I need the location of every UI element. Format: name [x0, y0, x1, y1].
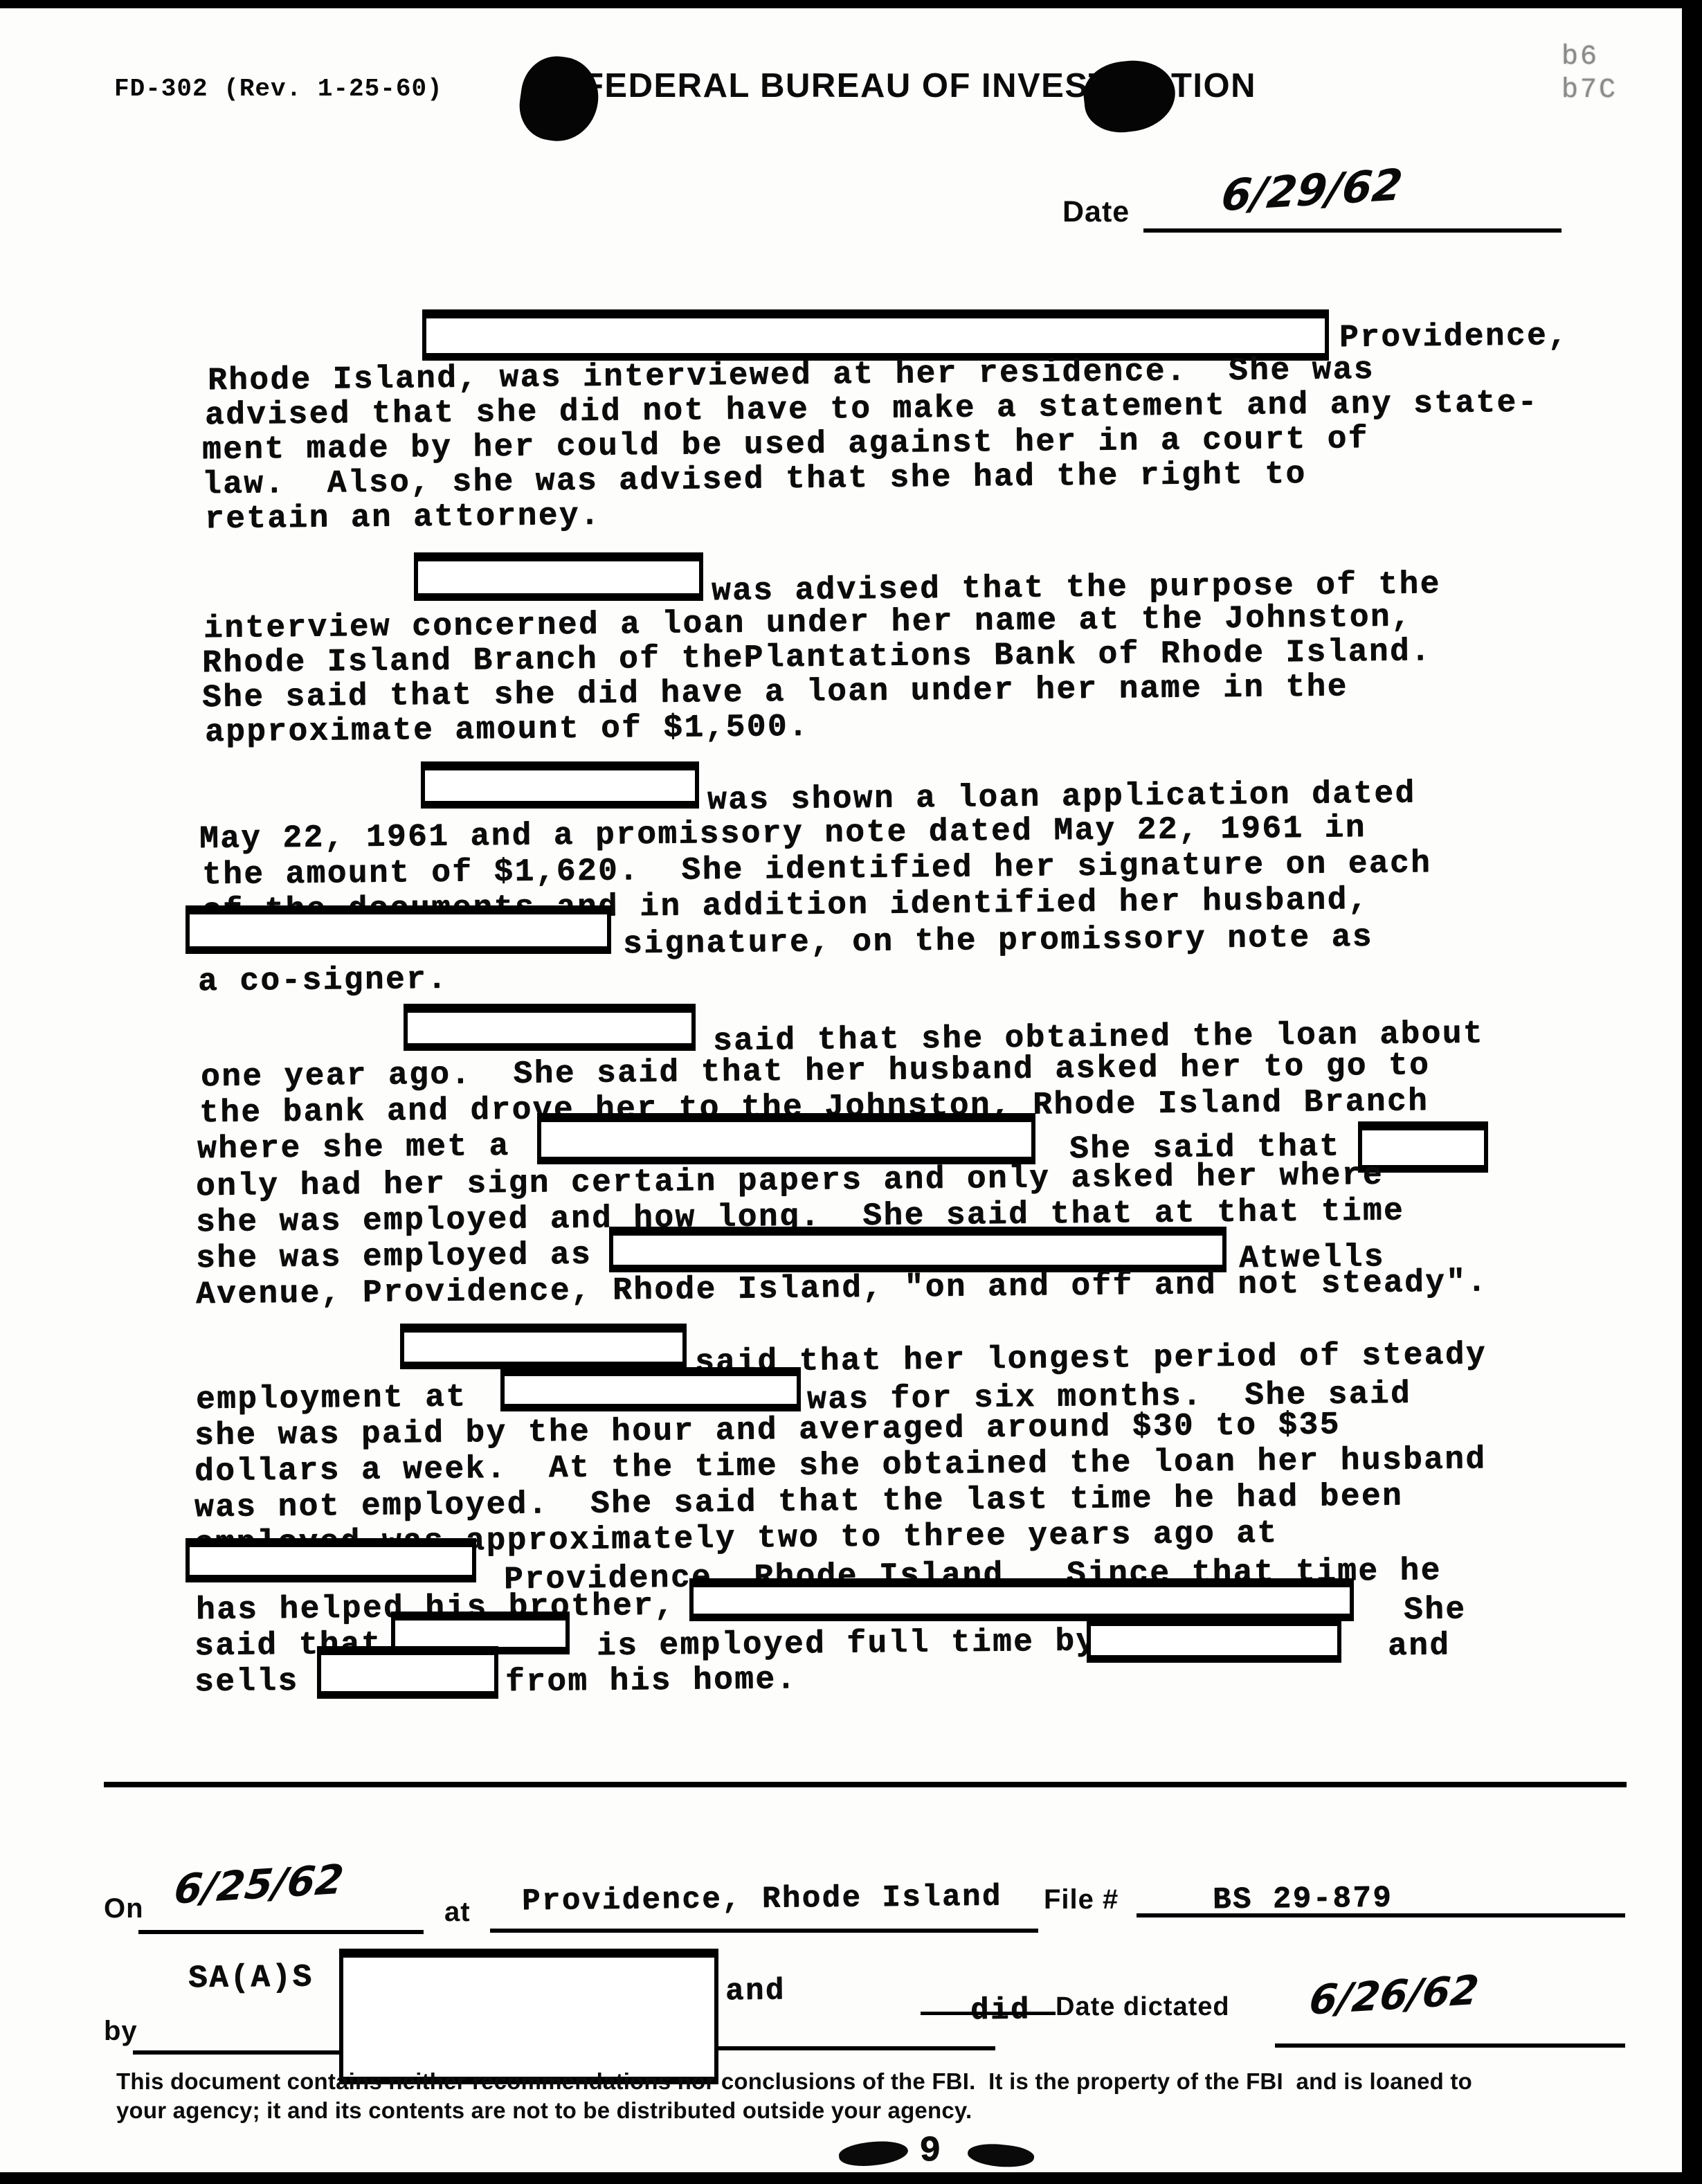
- body-text: where she met a: [197, 1128, 510, 1167]
- at-underline: [490, 1929, 1038, 1933]
- redaction-box: [404, 1004, 696, 1051]
- by-underline-left: [133, 2050, 339, 2055]
- redaction-box: [414, 552, 703, 601]
- redaction-box: [609, 1227, 1226, 1272]
- date-dictated-label: Date dictated: [1056, 1992, 1230, 2022]
- footer-separator: [104, 1782, 1627, 1787]
- and-typed: and: [725, 1974, 786, 2009]
- body-text: said that her longest period of steady: [695, 1337, 1487, 1380]
- body-text: is employed full time by: [597, 1623, 1097, 1664]
- body-text: approximate amount of $1,500.: [205, 709, 809, 750]
- scan-edge-top: [0, 0, 1702, 8]
- body-text: employment at: [196, 1379, 467, 1418]
- redaction-box: [500, 1367, 801, 1411]
- redaction-box: [537, 1113, 1035, 1164]
- at-label: at: [444, 1897, 471, 1928]
- body-text: retain an attorney.: [205, 498, 601, 537]
- form-number: FD-302 (Rev. 1-25-60): [114, 75, 443, 103]
- by-underline-right: [718, 2046, 995, 2050]
- date-dictated-underline: [1275, 2043, 1625, 2048]
- fd302-scanned-page: FD-302 (Rev. 1-25-60) FEDERAL BUREAU OF …: [0, 0, 1702, 2184]
- date-value-handwritten: 6/29/62: [1219, 159, 1405, 222]
- redaction-box: [317, 1646, 498, 1699]
- redaction-box: [400, 1324, 687, 1369]
- date-dictated-handwritten: 6/26/62: [1307, 1966, 1481, 2024]
- redaction-box: [421, 761, 699, 809]
- redaction-box: [689, 1578, 1354, 1621]
- by-label: by: [104, 2016, 138, 2047]
- on-date-handwritten: 6/25/62: [172, 1855, 346, 1913]
- exemption-code-b7c: b7C: [1561, 75, 1618, 106]
- ink-smudge: [967, 2141, 1035, 2170]
- redaction-box: [185, 905, 611, 954]
- file-number-label: File #: [1044, 1884, 1119, 1915]
- disclaimer-line-1: This document contains neither recommend…: [116, 2068, 1472, 2095]
- disclaimer-line-2: your agency; it and its contents are not…: [116, 2097, 972, 2124]
- did-typed: did: [970, 1993, 1031, 2028]
- file-number-typed: BS 29-879: [1213, 1881, 1393, 1917]
- body-text: she was employed as: [196, 1237, 592, 1276]
- page-number: 9: [919, 2131, 943, 2172]
- body-text: Providence,: [1339, 318, 1569, 356]
- did-strike-line: [921, 2012, 1056, 2015]
- at-value-typed: Providence, Rhode Island: [522, 1879, 1002, 1919]
- on-underline: [138, 1930, 424, 1934]
- body-text: and: [1388, 1627, 1451, 1664]
- on-label: On: [104, 1893, 144, 1924]
- body-text: sells: [194, 1663, 299, 1700]
- redaction-box: [1087, 1617, 1341, 1663]
- body-text: signature, on the promissory note as: [623, 919, 1373, 962]
- redaction-box: [339, 1949, 718, 2084]
- scan-edge-bottom: [0, 2172, 1702, 2184]
- body-text: She: [1404, 1591, 1467, 1628]
- body-text: from his home.: [505, 1661, 797, 1700]
- scan-edge-right: [1682, 0, 1702, 2184]
- body-text: a co-signer.: [198, 962, 449, 1000]
- date-label: Date: [1062, 195, 1130, 229]
- date-underline: [1143, 228, 1561, 233]
- redaction-box: [185, 1538, 476, 1582]
- file-underline: [1137, 1913, 1625, 1917]
- exemption-code-b6: b6: [1561, 42, 1599, 73]
- ink-smudge: [838, 2138, 909, 2169]
- agent-prefix-typed: SA(A)S: [188, 1959, 314, 1996]
